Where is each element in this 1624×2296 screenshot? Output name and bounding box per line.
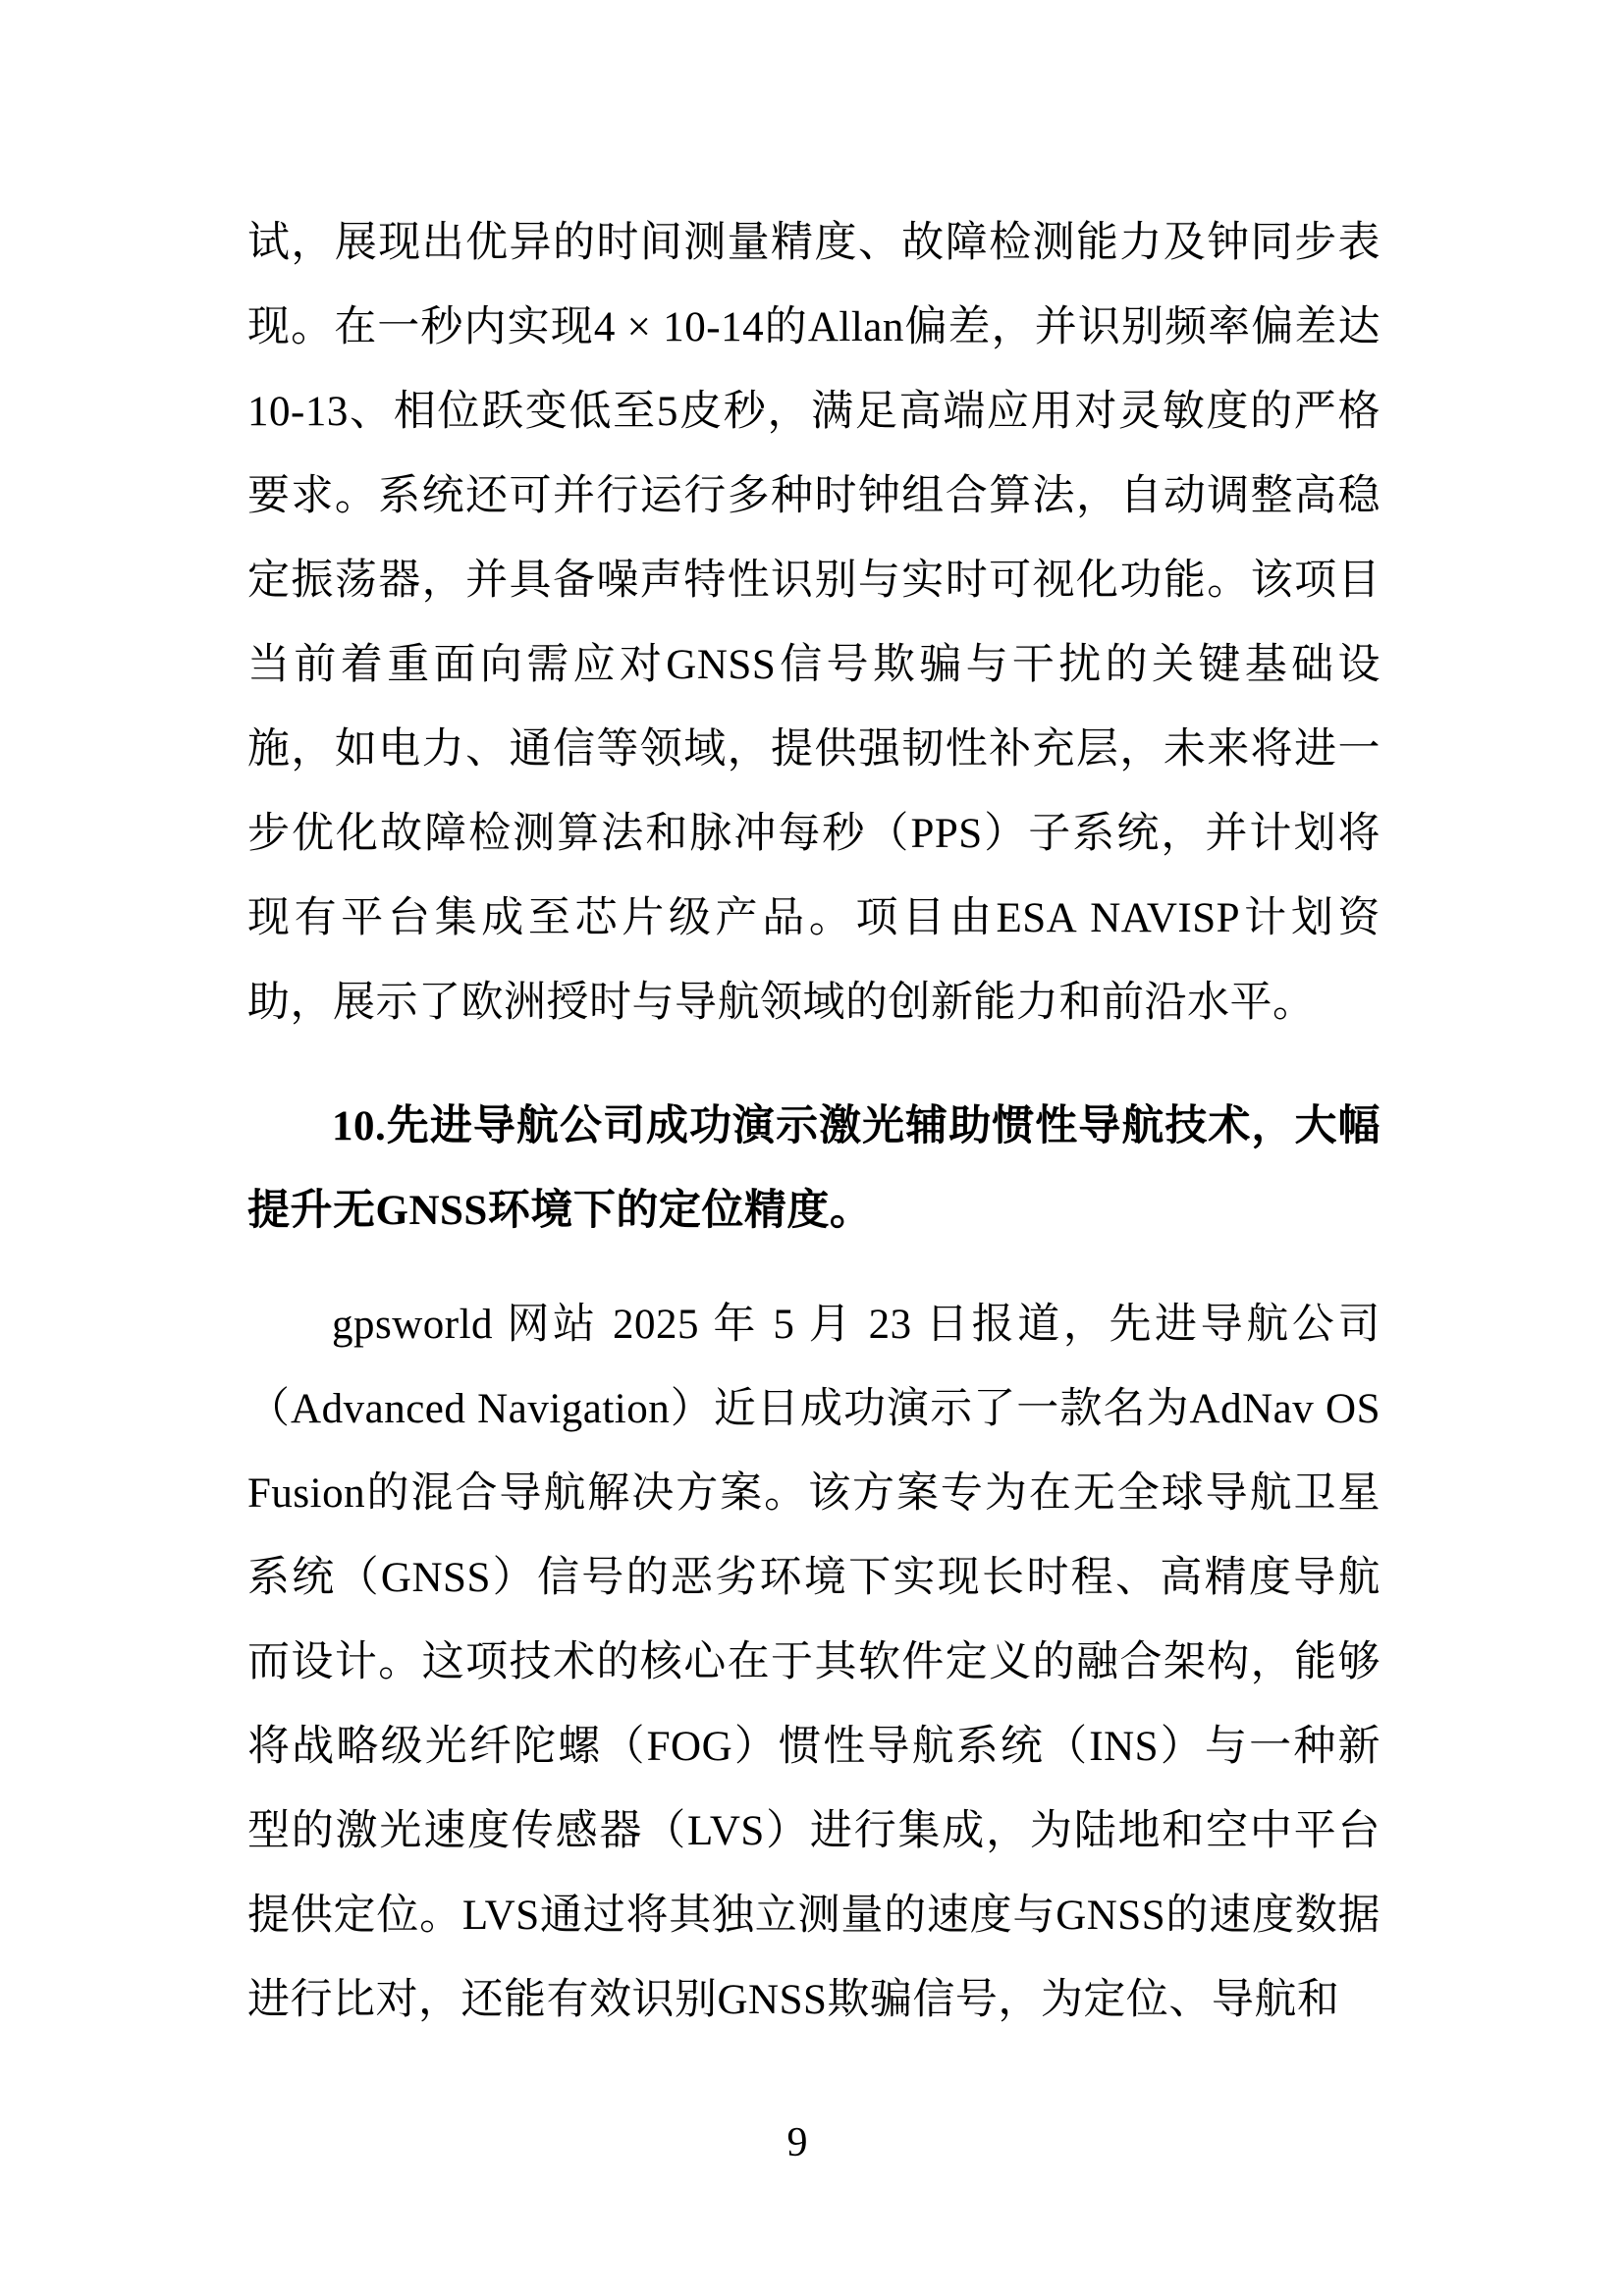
page-number: 9 bbox=[0, 2112, 1595, 2173]
page-content: 试，展现出优异的时间测量精度、故障检测能力及钟同步表现。在一秒内实现4 × 10… bbox=[247, 201, 1380, 2043]
paragraph-advanced-navigation-news: gpsworld 网站 2025 年 5 月 23 日报道，先进导航公司（Adv… bbox=[247, 1283, 1380, 2043]
paragraph-timing-system-continuation: 试，展现出优异的时间测量精度、故障检测能力及钟同步表现。在一秒内实现4 × 10… bbox=[247, 201, 1380, 1045]
document-page: 试，展现出优异的时间测量精度、故障检测能力及钟同步表现。在一秒内实现4 × 10… bbox=[0, 0, 1624, 2296]
section-heading-item-10: 10.先进导航公司成功演示激光辅助惯性导航技术，大幅提升无GNSS环境下的定位精… bbox=[247, 1085, 1380, 1254]
